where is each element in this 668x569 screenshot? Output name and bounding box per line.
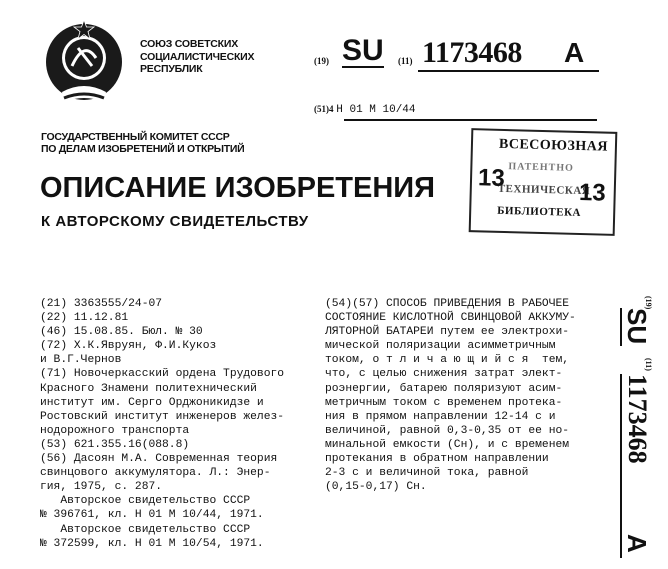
bibliography-line: (53) 621.355.16(088.8): [40, 438, 305, 452]
abstract-line: (0,15-0,17) Сн.: [325, 480, 603, 494]
country-code-label: (19): [314, 56, 329, 66]
kind-code: A: [564, 38, 584, 68]
abstract-line: (54)(57) СПОСОБ ПРИВЕДЕНИЯ В РАБОЧЕЕ: [325, 297, 603, 311]
ipc-label: (51)4: [314, 104, 334, 114]
union-name: СОЮЗ СОВЕТСКИХ СОЦИАЛИСТИЧЕСКИХ РЕСПУБЛИ…: [140, 38, 254, 76]
stamp-line: ТЕХНИЧЕСКАЯ: [498, 183, 591, 197]
ussr-emblem-icon: [42, 18, 127, 106]
stamp-line: БИБЛИОТЕКА: [497, 205, 581, 219]
document-subtitle: К АВТОРСКОМУ СВИДЕТЕЛЬСТВУ: [41, 213, 309, 231]
bibliography-line: № 396761, кл. Н 01 М 10/44, 1971.: [40, 508, 305, 522]
abstract-line: роэнергии, батарею поляризуют асим-: [325, 382, 603, 396]
abstract-line: ЛЯТОРНОЙ БАТАРЕИ путем ее электрохи-: [325, 325, 603, 339]
country-code: SU: [342, 36, 384, 68]
library-stamp: ВСЕСОЮЗНАЯ ПАТЕНТНО ТЕХНИЧЕСКАЯ БИБЛИОТЕ…: [469, 128, 618, 236]
publication-number: (19) SU (11) 1173468 A: [314, 40, 584, 80]
number-label: (11): [398, 56, 413, 66]
bibliographic-data: (21) 3363555/24-07(22) 11.12.81(46) 15.0…: [40, 297, 305, 551]
abstract-line: 2-3 с и величиной тока, равной: [325, 466, 603, 480]
patent-number: 1173468: [422, 38, 522, 68]
committee-name: ГОСУДАРСТВЕННЫЙ КОМИТЕТ СССР ПО ДЕЛАМ ИЗ…: [41, 131, 244, 155]
bibliography-line: нодорожного транспорта: [40, 424, 305, 438]
underline: [620, 374, 622, 558]
document-title: ОПИСАНИЕ ИЗОБРЕТЕНИЯ: [40, 172, 435, 204]
abstract-line: что, с целью снижения затрат элект-: [325, 367, 603, 381]
side-publication-marker: (19) SU (11) 1173468 A: [608, 296, 658, 558]
underline: [418, 70, 599, 72]
stamp-number: 13: [579, 179, 606, 208]
ipc-value: H 01 M 10/44: [336, 104, 415, 116]
bibliography-line: гия, 1975, с. 287.: [40, 480, 305, 494]
underline: [620, 308, 622, 346]
bibliography-line: институт им. Серго Орджоникидзе и: [40, 396, 305, 410]
abstract-line: ния в прямом направлении 12-14 с и: [325, 410, 603, 424]
bibliography-line: № 372599, кл. Н 01 М 10/54, 1971.: [40, 537, 305, 551]
bibliography-line: Красного Знамени политехнический: [40, 382, 305, 396]
abstract-line: СОСТОЯНИЕ КИСЛОТНОЙ СВИНЦОВОЙ АККУМУ-: [325, 311, 603, 325]
union-line: СОЮЗ СОВЕТСКИХ: [140, 38, 254, 51]
committee-line: ГОСУДАРСТВЕННЫЙ КОМИТЕТ СССР: [41, 131, 244, 143]
abstract-line: током, о т л и ч а ю щ и й с я тем,: [325, 353, 603, 367]
union-line: СОЦИАЛИСТИЧЕСКИХ: [140, 51, 254, 64]
stamp-line: ВСЕСОЮЗНАЯ: [499, 137, 608, 156]
underline: [344, 119, 597, 121]
bibliography-line: (46) 15.08.85. Бюл. № 30: [40, 325, 305, 339]
bibliography-line: (56) Дасоян М.А. Современная теория: [40, 452, 305, 466]
bibliography-line: (71) Новочеркасский ордена Трудового: [40, 367, 305, 381]
bibliography-line: Авторское свидетельство СССР: [40, 494, 305, 508]
bibliography-line: (22) 11.12.81: [40, 311, 305, 325]
number-label: (11): [644, 358, 653, 371]
abstract-line: мической поляризации асимметричным: [325, 339, 603, 353]
bibliography-line: (72) Х.К.Явруян, Ф.И.Кукоз: [40, 339, 305, 353]
abstract-line: величиной, равной 0,3-0,35 от ее но-: [325, 424, 603, 438]
bibliography-line: Ростовский институт инженеров желез-: [40, 410, 305, 424]
abstract-line: метричным током с временем протека-: [325, 396, 603, 410]
stamp-number: 13: [478, 164, 505, 193]
ipc-classification: (51)4 H 01 M 10/44: [314, 104, 416, 116]
abstract: (54)(57) СПОСОБ ПРИВЕДЕНИЯ В РАБОЧЕЕСОСТ…: [325, 297, 603, 494]
bibliography-line: и В.Г.Чернов: [40, 353, 305, 367]
union-line: РЕСПУБЛИК: [140, 63, 254, 76]
bibliography-line: свинцового аккумулятора. Л.: Энер-: [40, 466, 305, 480]
committee-line: ПО ДЕЛАМ ИЗОБРЕТЕНИЙ И ОТКРЫТИЙ: [41, 143, 244, 155]
abstract-line: минальной емкости (Сн), и с временем: [325, 438, 603, 452]
bibliography-line: (21) 3363555/24-07: [40, 297, 305, 311]
stamp-line: ПАТЕНТНО: [508, 161, 574, 174]
bibliography-line: Авторское свидетельство СССР: [40, 523, 305, 537]
abstract-line: протекания в обратном направлении: [325, 452, 603, 466]
patent-number: 1173468: [623, 374, 651, 464]
country-code: SU: [623, 308, 651, 344]
kind-code: A: [623, 534, 651, 553]
